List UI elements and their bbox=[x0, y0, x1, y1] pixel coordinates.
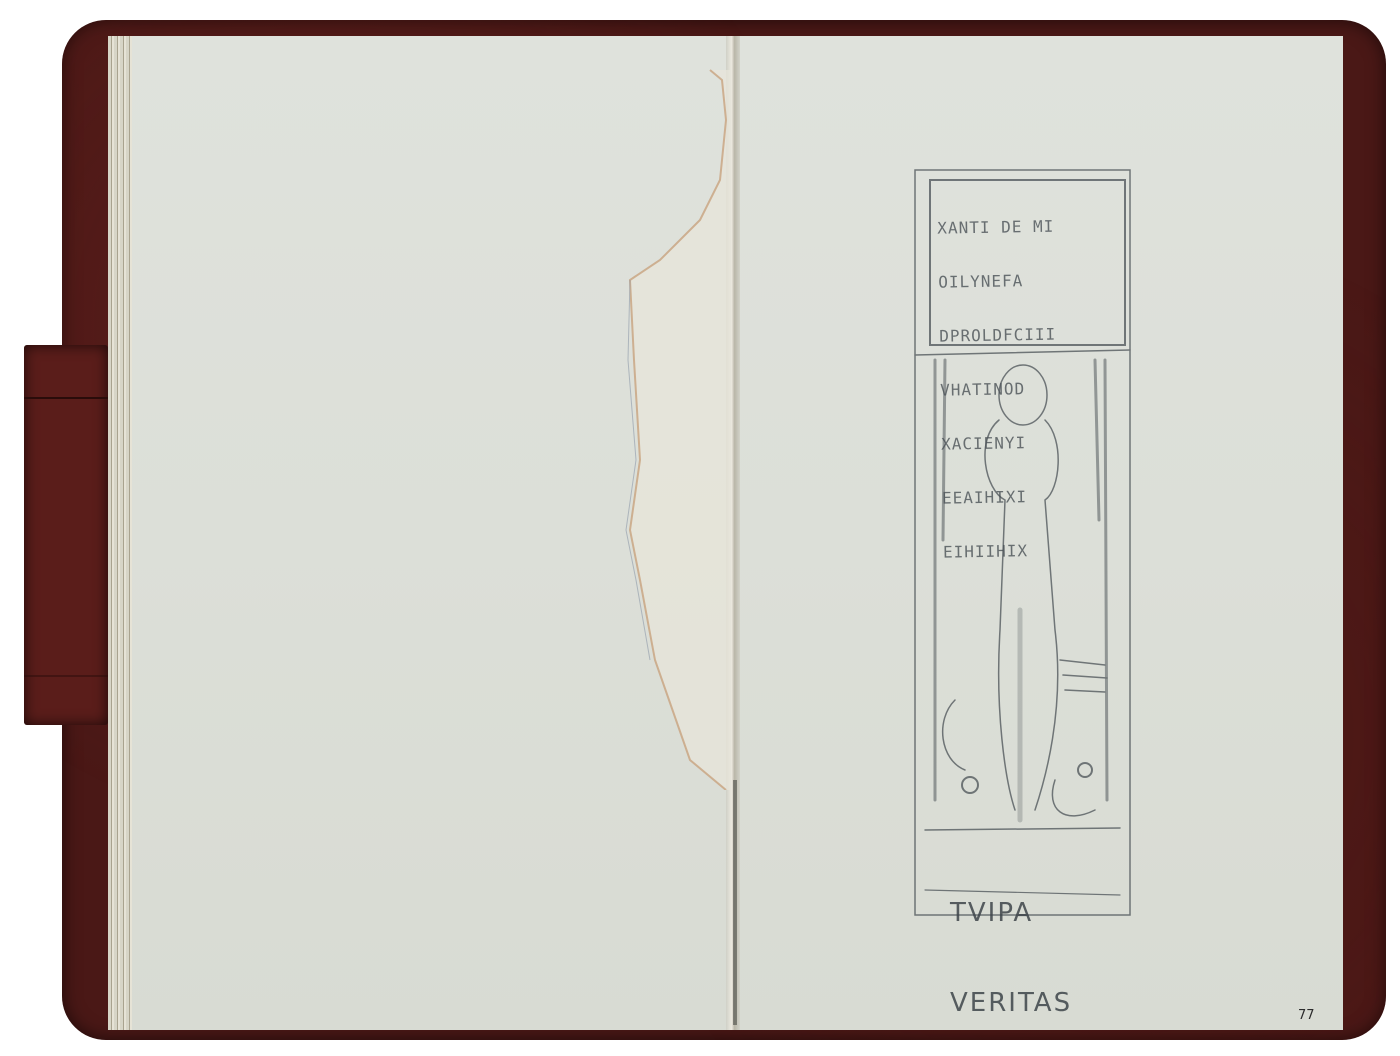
inscription-line: EEAIHIXI bbox=[942, 486, 1132, 507]
torn-page-remnant bbox=[600, 60, 740, 790]
inscription-line: EIHIIHIX bbox=[943, 540, 1133, 561]
caption-line: VERITAS bbox=[950, 988, 1120, 1018]
elastic-strap bbox=[24, 345, 108, 725]
page-number: 77 bbox=[1298, 1008, 1315, 1023]
gutter-shadow bbox=[733, 780, 737, 1025]
strap-seam bbox=[24, 675, 108, 677]
inscription-line: XACIENYI bbox=[941, 432, 1131, 453]
inscription-line: VHATINOD bbox=[940, 378, 1130, 399]
inscription-line: OILYNEFA bbox=[938, 270, 1128, 291]
inscription-line: DPROLDFCIII bbox=[939, 324, 1129, 345]
strap-seam bbox=[24, 397, 108, 399]
stele-caption: TVIPA VERITAS bbox=[950, 838, 1120, 1048]
stele-inscription: XANTI DE MI OILYNEFA DPROLDFCIII VHATINO… bbox=[937, 180, 1134, 579]
caption-line: TVIPA bbox=[950, 898, 1120, 928]
inscription-line: XANTI DE MI bbox=[937, 216, 1127, 237]
